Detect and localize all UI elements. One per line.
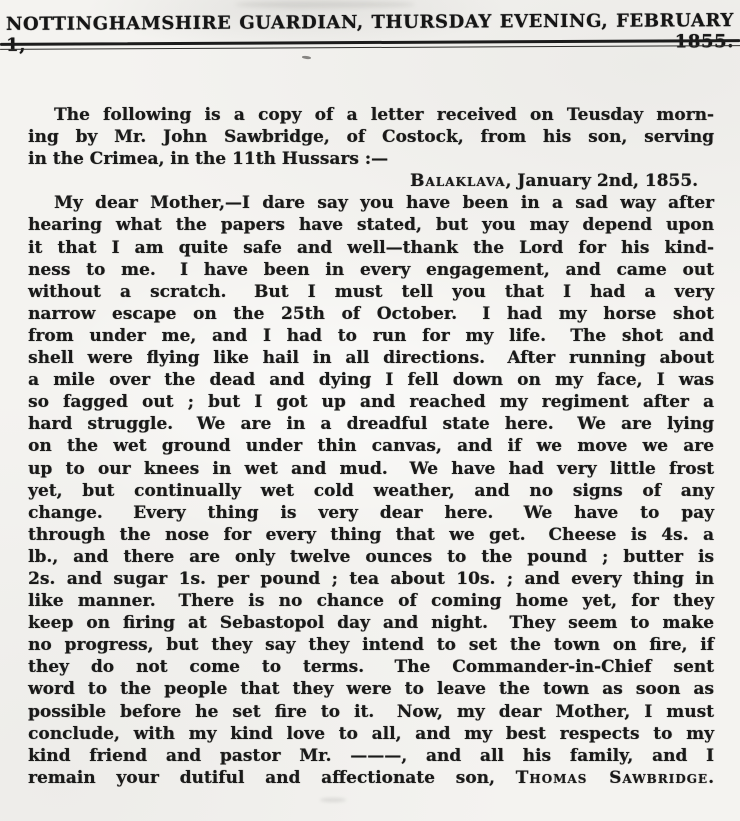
text-line: conclude, with my kind love to all, and … (28, 723, 714, 745)
text-line: My dear Mother,—I dare say you have been… (28, 192, 714, 214)
letter-article: The following is a copy of a letter rece… (28, 104, 714, 789)
text-line: like manner. There is no chance of comin… (28, 590, 714, 612)
text-line: lb., and there are only twelve ounces to… (28, 546, 714, 568)
scan-smudge (235, 1, 415, 8)
text-line: narrow escape on the 25th of October. I … (28, 303, 714, 325)
text-line: a mile over the dead and dying I fell do… (28, 369, 714, 391)
text-line: they do not come to terms. The Commander… (28, 656, 714, 678)
text-line: on the wet ground under thin canvas, and… (28, 435, 714, 457)
dateline-place: Balaklava (410, 171, 505, 191)
text-line: The following is a copy of a letter rece… (28, 104, 714, 126)
text-line: kind friend and pastor Mr. ———, and all … (28, 745, 714, 767)
letter-body-paragraph: My dear Mother,—I dare say you have been… (28, 192, 714, 766)
text-line: keep on firing at Sebastopol day and nig… (28, 612, 714, 634)
signature-period: . (708, 768, 714, 788)
dateline-date: , January 2nd, 1855. (505, 171, 698, 191)
text-line: possible before he set fire to it. Now, … (28, 701, 714, 723)
text-line: ing by Mr. John Sawbridge, of Costock, f… (28, 126, 714, 148)
signature-name: Thomas Sawbridge (516, 768, 708, 788)
text-line: hard struggle. We are in a dreadful stat… (28, 413, 714, 435)
text-line: through the nose for every thing that we… (28, 524, 714, 546)
newspaper-page: NOTTINGHAMSHIRE GUARDIAN, THURSDAY EVENI… (0, 0, 740, 821)
text-line: word to the people that they were to lea… (28, 678, 714, 700)
text-line: yet, but continually wet cold weather, a… (28, 480, 714, 502)
closing-text: remain your dutiful and affectionate son… (28, 768, 516, 788)
closing-line: remain your dutiful and affectionate son… (28, 767, 714, 789)
dateline: Balaklava, January 2nd, 1855. (28, 170, 714, 192)
text-line: in the Crimea, in the 11th Hussars :— (28, 148, 714, 170)
text-line: it that I am quite safe and well—thank t… (28, 237, 714, 259)
text-line: change. Every thing is very dear here. W… (28, 502, 714, 524)
text-line: 2s. and sugar 1s. per pound ; tea about … (28, 568, 714, 590)
ink-speck (302, 56, 311, 59)
text-line: no progress, but they say they intend to… (28, 634, 714, 656)
text-line: so fagged out ; but I got up and reached… (28, 391, 714, 413)
text-line: without a scratch. But I must tell you t… (28, 281, 714, 303)
text-line: from under me, and I had to run for my l… (28, 325, 714, 347)
text-line: up to our knees in wet and mud. We have … (28, 458, 714, 480)
intro-paragraph: The following is a copy of a letter rece… (28, 104, 714, 170)
text-line: ness to me. I have been in every engagem… (28, 259, 714, 281)
masthead: NOTTINGHAMSHIRE GUARDIAN, THURSDAY EVENI… (6, 10, 734, 56)
scan-smudge (320, 798, 346, 802)
text-line: shell were flying like hail in all direc… (28, 347, 714, 369)
text-line: hearing what the papers have stated, but… (28, 214, 714, 236)
